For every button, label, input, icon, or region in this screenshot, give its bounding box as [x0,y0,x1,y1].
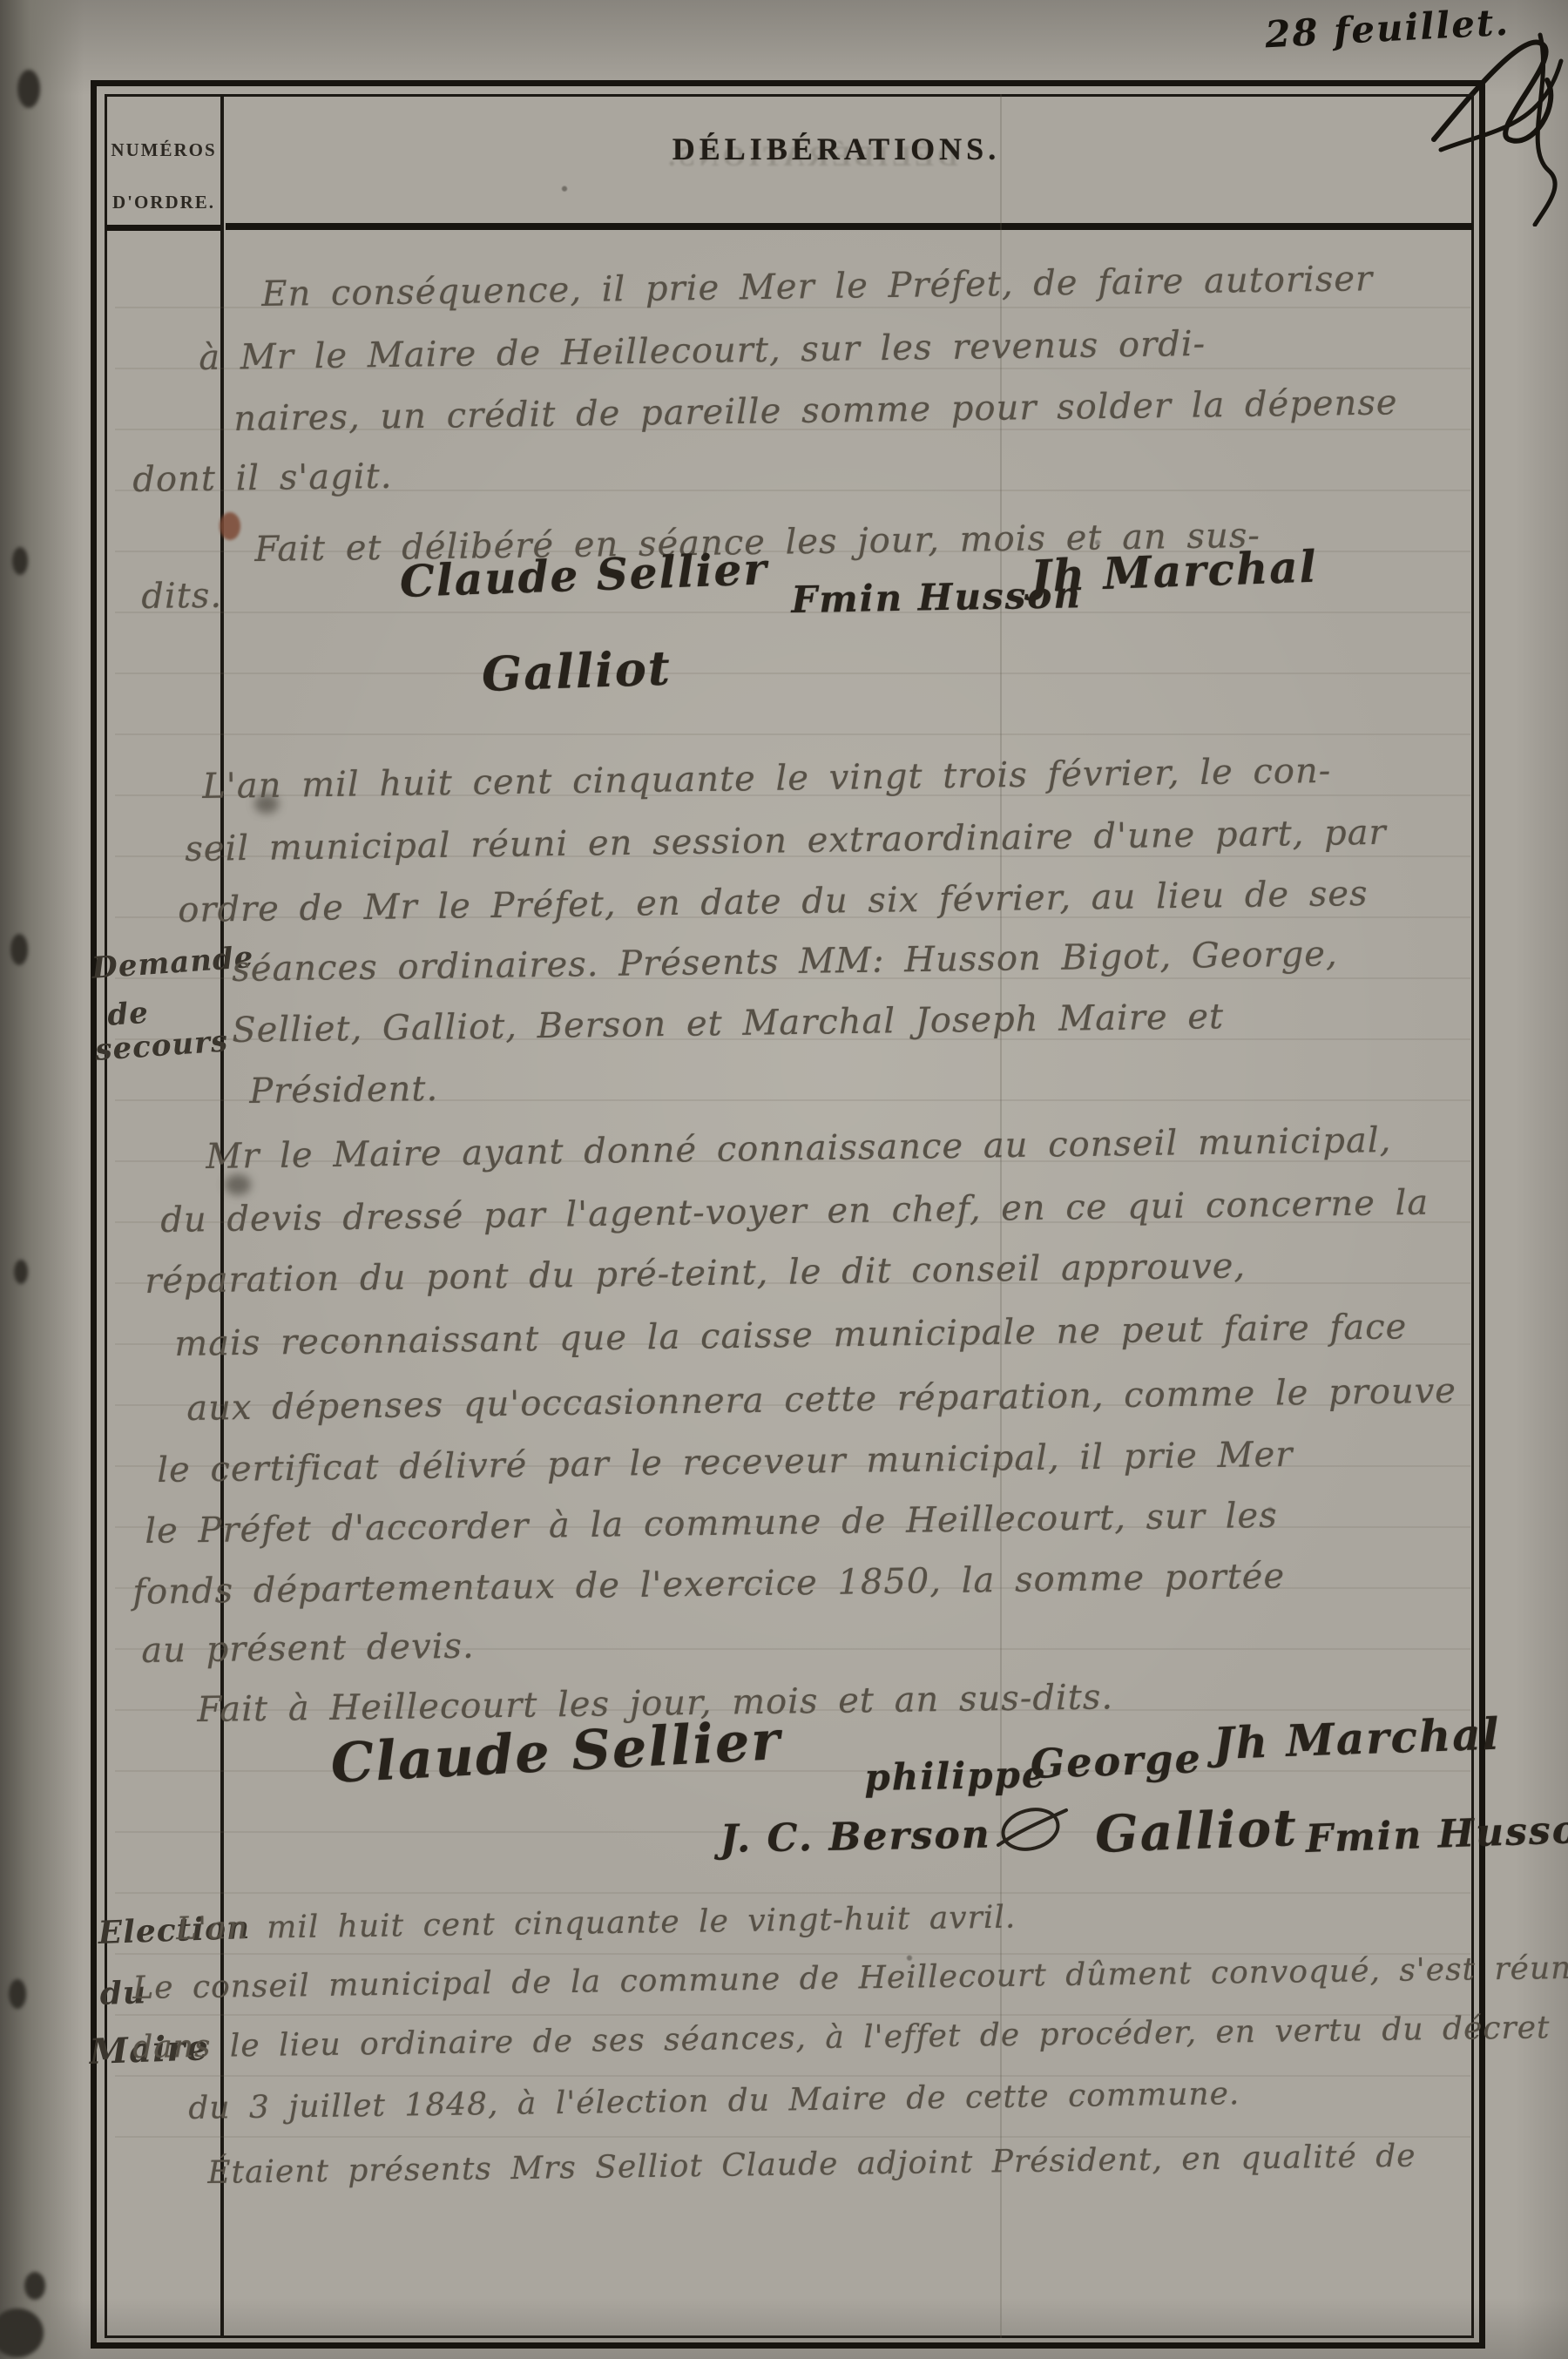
seal-ink-dot [220,512,240,540]
signature-flourish-icon [991,1795,1070,1864]
binding-stitch-mark [12,547,28,575]
manuscript-line: dont il s'agit. [132,456,393,500]
ink-smudge [225,1174,251,1195]
numeros-line2: D'ORDRE. [108,176,220,228]
numeros-line1: NUMÉROS [108,124,220,176]
header-rule-main [226,223,1473,230]
binding-stitch-mark [9,1979,26,2009]
binding-stitch-mark [10,934,28,965]
signature: Jh Marchal [1030,540,1319,601]
signature: George [1030,1734,1203,1788]
register-page: 28 feuillet. NUMÉROS D'ORDRE. DÉLIBÉRATI… [0,0,1568,2359]
signature: J. C. Berson [720,1813,991,1862]
signature: Galliot [1094,1798,1299,1864]
binding-stitch-mark [24,2272,45,2300]
binding-stitch-mark [14,1260,28,1284]
manuscript-line: Président. [249,1069,438,1112]
margin-note: dits. [141,576,222,617]
page-title: DÉLIBÉRATIONS. [558,131,1115,167]
signature: Galliot [481,639,672,702]
signature: Jh Marchal [1213,1707,1502,1768]
manuscript-line: au présent devis. [141,1626,475,1671]
margin-note: de [106,996,150,1033]
numeros-dordre-header: NUMÉROS D'ORDRE. [108,124,220,228]
binding-stitch-mark [17,70,40,108]
signature: philippe [864,1753,1047,1799]
